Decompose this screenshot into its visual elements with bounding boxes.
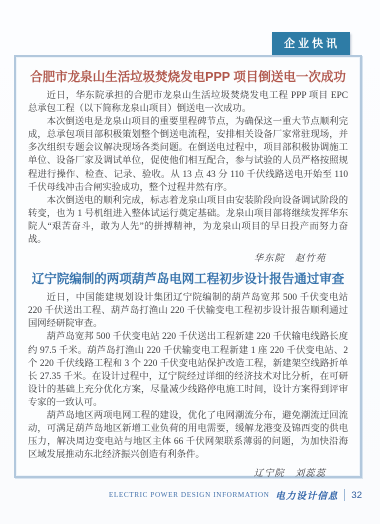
- footer-journal-name-cn: 电力设计信息: [275, 488, 338, 502]
- footer-journal-name-en: ELECTRIC POWER DESIGN INFORMATION: [109, 491, 270, 499]
- article-1: 合肥市龙泉山生活垃圾焚烧发电PPP 项目倒送电一次成功 近日，华东院承担的合肥市…: [28, 69, 348, 264]
- article-1-title: 合肥市龙泉山生活垃圾焚烧发电PPP 项目倒送电一次成功: [28, 69, 348, 85]
- article-2-byline: 辽宁院 刘蕊蕊: [28, 465, 348, 479]
- page-number: 32: [351, 490, 362, 501]
- content-frame: 合肥市龙泉山生活垃圾焚烧发电PPP 项目倒送电一次成功 近日，华东院承担的合肥市…: [14, 55, 362, 478]
- article-2-title: 辽宁院编制的两项葫芦岛电网工程初步设计报告通过审查: [28, 271, 348, 287]
- article-2-paragraph: 葫芦岛宽邦 500 千伏变电站 220 千伏送出工程新建 220 千伏输电线路长…: [28, 331, 348, 410]
- section-badge: 企业快讯: [272, 32, 350, 55]
- article-1-byline: 华东院 赵竹苑: [28, 250, 348, 264]
- article-2-paragraph: 近日，中国能建规划设计集团辽宁院编制的葫芦岛宽邦 500 千伏变电站 220 千…: [28, 292, 348, 331]
- footer-divider: [344, 489, 345, 501]
- article-1-paragraph: 近日，华东院承担的合肥市龙泉山生活垃圾焚烧发电工程 PPP 项目 EPC 总承包…: [28, 90, 348, 116]
- article-2-paragraph: 葫芦岛地区两项电网工程的建设，优化了电网潮流分布，避免潮流迂回流动，可满足葫芦岛…: [28, 410, 348, 462]
- page-footer: ELECTRIC POWER DESIGN INFORMATION 电力设计信息…: [109, 488, 362, 502]
- article-1-paragraph: 本次倒送电的顺利完成，标志着龙泉山项目由安装阶段向设备调试阶段的转变，也为 1 …: [28, 195, 348, 247]
- article-1-paragraph: 本次倒送电是龙泉山项目的重要里程碑节点，为确保这一重大节点顺利完成，总承包项目部…: [28, 116, 348, 195]
- magazine-page: 企业快讯 合肥市龙泉山生活垃圾焚烧发电PPP 项目倒送电一次成功 近日，华东院承…: [0, 0, 380, 524]
- article-2: 辽宁院编制的两项葫芦岛电网工程初步设计报告通过审查 近日，中国能建规划设计集团辽…: [28, 271, 348, 479]
